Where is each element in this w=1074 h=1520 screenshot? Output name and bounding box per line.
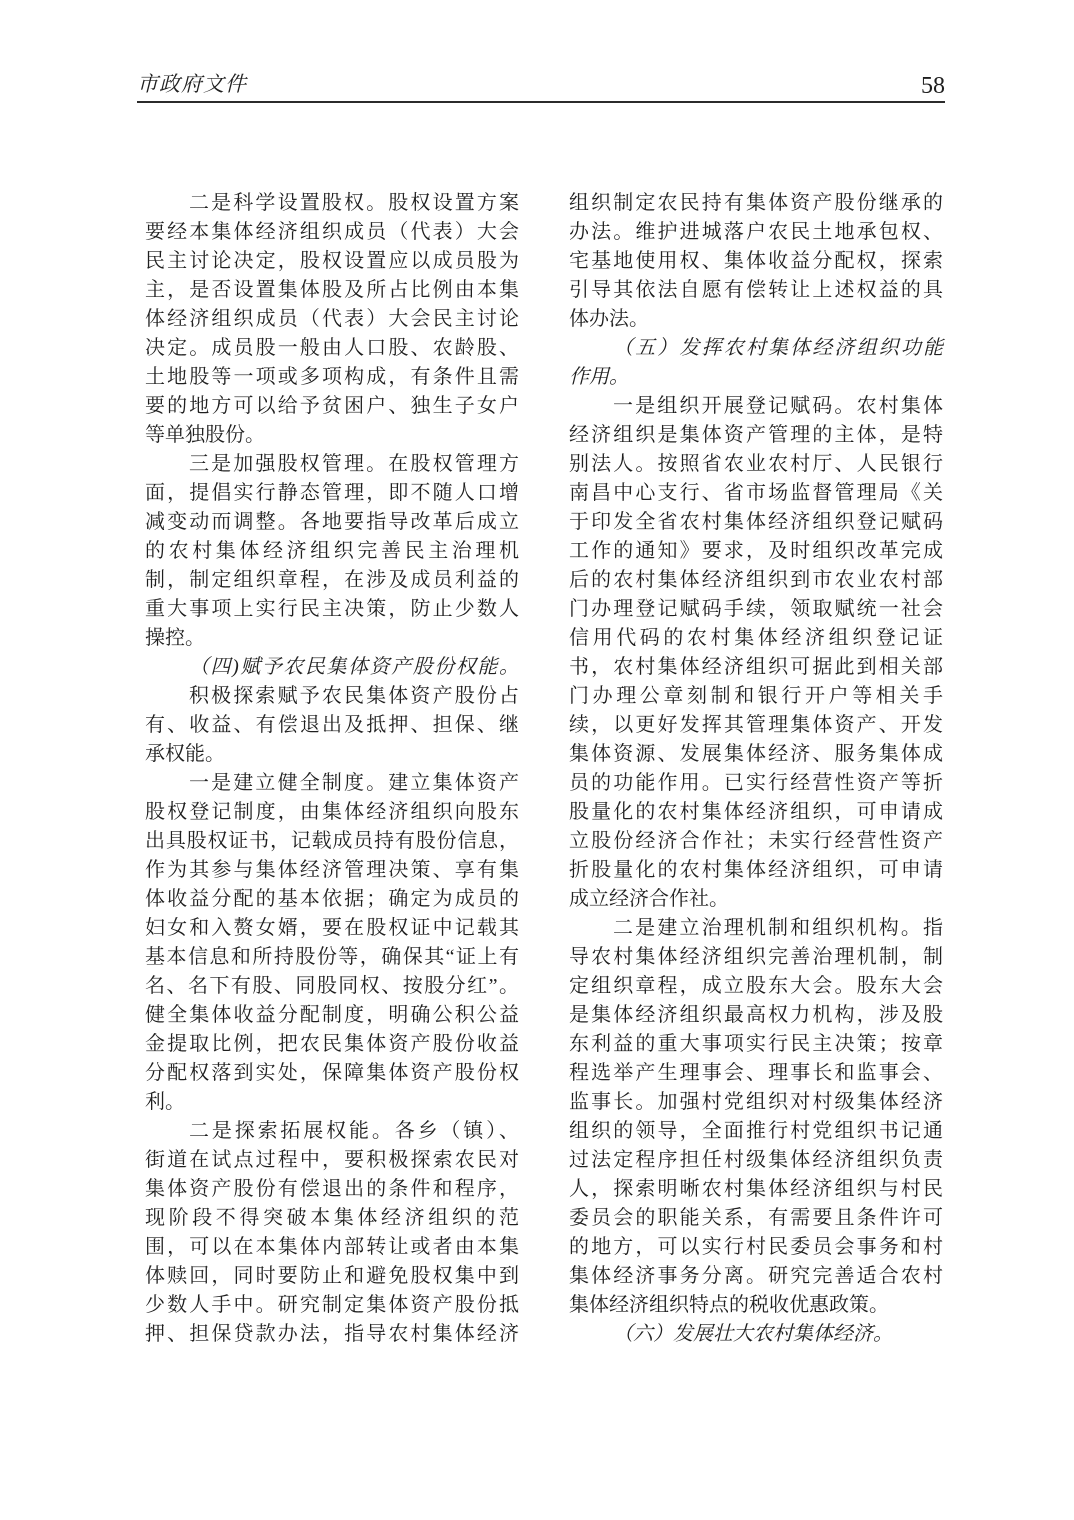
text-line: 人，探索明晰农村集体经济组织与村民 [569,1175,943,1204]
text-line: 要的地方可以给予贫困户、独生子女户 [145,392,519,421]
text-line: 名、名下有股、同股同权、按股分红”。 [145,972,519,1001]
text-line: 定组织章程，成立股东大会。股东大会 [569,972,943,1001]
text-line: 重大事项上实行民主决策，防止少数人 [145,595,519,624]
text-line: 集体资源、发展集体经济、服务集体成 [569,740,943,769]
text-line: 信用代码的农村集体经济组织登记证 [569,624,943,653]
text-line: 街道在试点过程中，要积极探索农民对 [145,1146,519,1175]
text-line: 有、收益、有偿退出及抵押、担保、继 [145,711,519,740]
text-line: 减变动而调整。各地要指导改革后成立 [145,508,519,537]
left-column: 二是科学设置股权。股权设置方案要经本集体经济组织成员（代表）大会民主讨论决定，股… [145,189,519,1349]
text-line: 别法人。按照省农业农村厅、人民银行 [569,450,943,479]
text-line: 工作的通知》要求，及时组织改革完成 [569,537,943,566]
text-line: 过法定程序担任村级集体经济组织负责 [569,1146,943,1175]
text-line: 出具股权证书，记载成员持有股份信息， [145,827,519,856]
text-line: 三是加强股权管理。在股权管理方 [145,450,519,479]
text-line: 股权登记制度，由集体经济组织向股东 [145,798,519,827]
text-line: 门办理公章刻制和银行开户等相关手 [569,682,943,711]
text-line: 二是科学设置股权。股权设置方案 [145,189,519,218]
text-line: 监事长。加强村党组织对村级集体经济 [569,1088,943,1117]
header-doc-type-label: 市政府文件 [137,68,247,100]
text-line: 宅基地使用权、集体收益分配权，探索 [569,247,943,276]
text-line: 书，农村集体经济组织可据此到相关部 [569,653,943,682]
text-line: 二是建立治理机制和组织机构。指 [569,914,943,943]
text-line: 面，提倡实行静态管理，即不随人口增 [145,479,519,508]
page-number: 58 [921,73,945,100]
text-line: 引导其依法自愿有偿转让上述权益的具 [569,276,943,305]
header-rule [137,101,945,103]
section-heading-line: （六）发展壮大农村集体经济。 [569,1320,943,1349]
text-line: 一是建立健全制度。建立集体资产 [145,769,519,798]
text-line: 体收益分配的基本依据；确定为成员的 [145,885,519,914]
text-line: 组织制定农民持有集体资产股份继承的 [569,189,943,218]
section-heading-line: （五）发挥农村集体经济组织功能 [569,334,943,363]
text-line: 程选举产生理事会、理事长和监事会、 [569,1059,943,1088]
text-line: 决定。成员股一般由人口股、农龄股、 [145,334,519,363]
section-heading-line: 作用。 [569,363,943,392]
text-line: 主，是否设置集体股及所占比例由本集 [145,276,519,305]
text-line: 委员会的职能关系，有需要且条件许可 [569,1204,943,1233]
text-line: 少数人手中。研究制定集体资产股份抵 [145,1291,519,1320]
text-line: 集体经济事务分离。研究完善适合农村 [569,1262,943,1291]
text-line: 承权能。 [145,740,519,769]
text-line: 金提取比例，把农民集体资产股份收益 [145,1030,519,1059]
text-line: 分配权落到实处，保障集体资产股份权 [145,1059,519,1088]
text-line: 民主讨论决定，股权设置应以成员股为 [145,247,519,276]
text-line: 门办理登记赋码手续，领取赋统一社会 [569,595,943,624]
section-heading-line: （四)赋予农民集体资产股份权能。 [145,653,519,682]
text-line: 是集体经济组织最高权力机构，涉及股 [569,1001,943,1030]
text-line: 土地股等一项或多项构成，有条件且需 [145,363,519,392]
text-line: 体经济组织成员（代表）大会民主讨论 [145,305,519,334]
text-line: 员的功能作用。已实行经营性资产等折 [569,769,943,798]
text-line: 押、担保贷款办法，指导农村集体经济 [145,1320,519,1349]
text-line: 体办法。 [569,305,943,334]
text-line: 操控。 [145,624,519,653]
text-line: 现阶段不得突破本集体经济组织的范 [145,1204,519,1233]
text-line: 利。 [145,1088,519,1117]
text-line: 制，制定组织章程，在涉及成员利益的 [145,566,519,595]
text-line: 等单独股份。 [145,421,519,450]
text-line: 南昌中心支行、省市场监督管理局《关 [569,479,943,508]
text-line: 妇女和入赘女婿，要在股权证中记载其 [145,914,519,943]
text-line: 后的农村集体经济组织到市农业农村部 [569,566,943,595]
text-line: 组织的领导，全面推行村党组织书记通 [569,1117,943,1146]
text-line: 作为其参与集体经济管理决策、享有集 [145,856,519,885]
text-line: 积极探索赋予农民集体资产股份占 [145,682,519,711]
text-line: 集体资产股份有偿退出的条件和程序， [145,1175,519,1204]
text-line: 导农村集体经济组织完善治理机制，制 [569,943,943,972]
text-line: 于印发全省农村集体经济组织登记赋码 [569,508,943,537]
text-line: 健全集体收益分配制度，明确公积公益 [145,1001,519,1030]
text-line: 东利益的重大事项实行民主决策；按章 [569,1030,943,1059]
text-line: 成立经济合作社。 [569,885,943,914]
text-line: 二是探索拓展权能。各乡（镇）、 [145,1117,519,1146]
text-line: 立股份经济合作社；未实行经营性资产 [569,827,943,856]
text-line: 折股量化的农村集体经济组织，可申请 [569,856,943,885]
text-line: 股量化的农村集体经济组织，可申请成 [569,798,943,827]
text-line: 要经本集体经济组织成员（代表）大会 [145,218,519,247]
text-line: 办法。维护进城落户农民土地承包权、 [569,218,943,247]
document-page: 市政府文件 58 二是科学设置股权。股权设置方案要经本集体经济组织成员（代表）大… [0,0,1074,1520]
text-line: 的农村集体经济组织完善民主治理机 [145,537,519,566]
text-line: 体赎回，同时要防止和避免股权集中到 [145,1262,519,1291]
text-line: 续，以更好发挥其管理集体资产、开发 [569,711,943,740]
right-column: 组织制定农民持有集体资产股份继承的办法。维护进城落户农民土地承包权、宅基地使用权… [569,189,943,1349]
text-line: 的地方，可以实行村民委员会事务和村 [569,1233,943,1262]
text-line: 经济组织是集体资产管理的主体，是特 [569,421,943,450]
page-header: 市政府文件 58 [137,62,945,100]
text-line: 集体经济组织特点的税收优惠政策。 [569,1291,943,1320]
text-line: 一是组织开展登记赋码。农村集体 [569,392,943,421]
document-body: 二是科学设置股权。股权设置方案要经本集体经济组织成员（代表）大会民主讨论决定，股… [145,189,943,1349]
text-line: 基本信息和所持股份等，确保其“证上有 [145,943,519,972]
text-line: 围，可以在本集体内部转让或者由本集 [145,1233,519,1262]
